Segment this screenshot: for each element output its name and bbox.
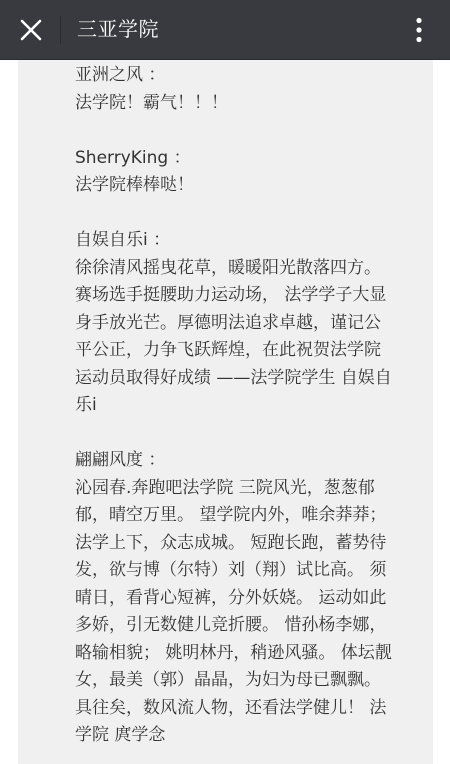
comment-item: 翩翩风度 ： 沁园春.奔跑吧法学院 三院风光，葱葱郁 郁，晴空万里。 望学院内外… [75,447,415,750]
comment-text: 法学院棒棒哒！ [75,172,415,200]
comment-text: 晴日，看背心短裤，分外妖娆。 运动如此 [75,585,415,613]
comment-text: 赛场选手挺腰助力运动场， 法学学子大显 [75,282,415,310]
comment-text: 女，最美（郭）晶晶，为妇为母已飘飘。 [75,667,415,695]
comment-text: 运动员取得好成绩 ——法学院学生 自娱自 [75,365,415,393]
page-title: 三亚学院 [77,0,159,59]
comment-text: 法学上下，众志成城。 短跑长跑，蓄势待 [75,530,415,558]
comment-text: 郁，晴空万里。 望学院内外，唯余莽莽； [75,502,415,530]
comment-text: 多娇，引无数健儿竞折腰。 惜孙杨李娜， [75,612,415,640]
comment-author: 自娱自乐i ： [75,227,415,255]
more-vertical-icon [415,17,423,43]
comment-text: 沁园春.奔跑吧法学院 三院风光，葱葱郁 [75,475,415,503]
comment-text: 身手放光芒。厚德明法追求卓越，谨记公 [75,310,415,338]
comment-text: 乐i [75,392,415,420]
close-icon [20,19,42,41]
comment-item: SherryKing ： 法学院棒棒哒！ [75,145,415,200]
top-bar: 三亚学院 [0,0,450,60]
comment-author: 翩翩风度 ： [75,447,415,475]
header-divider [60,16,61,44]
comment-text: 发，欲与博（尔特）刘（翔）试比高。 须 [75,557,415,585]
comment-text: 具往矣，数风流人物，还看法学健儿！ 法 [75,695,415,723]
comment-text: 略输相貌； 姚明林丹，稍逊风骚。 体坛靓 [75,640,415,668]
comment-text: 徐徐清风摇曳花草，暖暖阳光散落四方。 [75,255,415,283]
comment-author: 亚洲之风 ： [75,62,415,90]
comment-text: 平公正，力争飞跃辉煌，在此祝贺法学院 [75,337,415,365]
close-button[interactable] [12,11,50,49]
comment-item: 自娱自乐i ： 徐徐清风摇曳花草，暖暖阳光散落四方。 赛场选手挺腰助力运动场， … [75,227,415,420]
comment-text: 法学院！霸气！！！ [75,90,415,118]
comment-author: SherryKing ： [75,145,415,173]
comment-list: 亚洲之风 ： 法学院！霸气！！！ SherryKing ： 法学院棒棒哒！ 自娱… [75,62,415,750]
comment-item: 亚洲之风 ： 法学院！霸气！！！ [75,62,415,117]
comment-text: 学院 庹学念 [75,722,415,750]
more-options-button[interactable] [400,11,438,49]
